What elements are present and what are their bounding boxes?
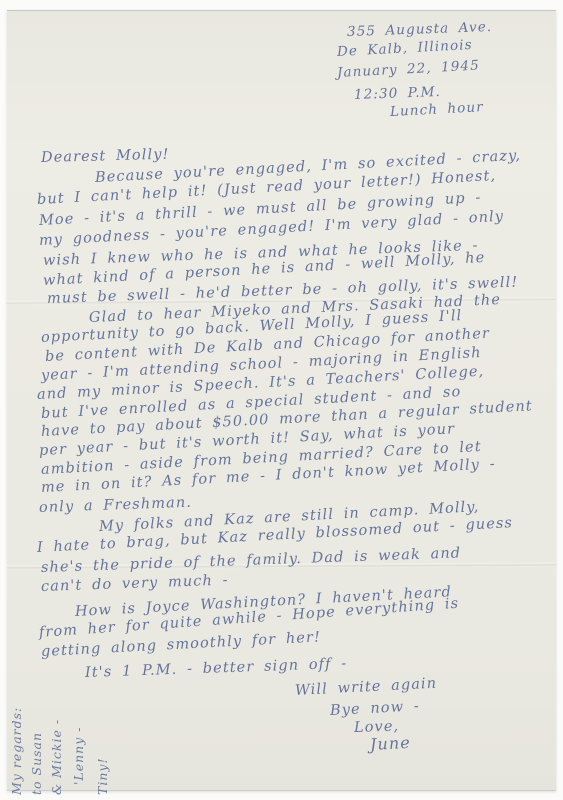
header-line: January 22, 1945	[337, 57, 481, 82]
greeting: Dearest Molly!	[41, 146, 170, 167]
side-note-line: & Mickie -	[49, 673, 64, 795]
scanned-letter: 355 Augusta Ave. De Kalb, Illinois Janua…	[0, 0, 563, 800]
side-note-line: Tiny!	[95, 733, 110, 795]
signature: June	[370, 734, 412, 754]
closing-line: It's 1 P.M. - better sign off -	[85, 655, 348, 682]
header-line: Lunch hour	[390, 98, 485, 121]
letter-paper: 355 Augusta Ave. De Kalb, Illinois Janua…	[7, 10, 556, 791]
side-note-line: to Susan	[29, 683, 44, 795]
side-note-line: 'Lenny -	[71, 683, 86, 785]
side-note-line: My regards:	[9, 643, 24, 795]
closing-line: Will write again	[295, 675, 438, 700]
closing-line: Bye now -	[330, 697, 421, 720]
